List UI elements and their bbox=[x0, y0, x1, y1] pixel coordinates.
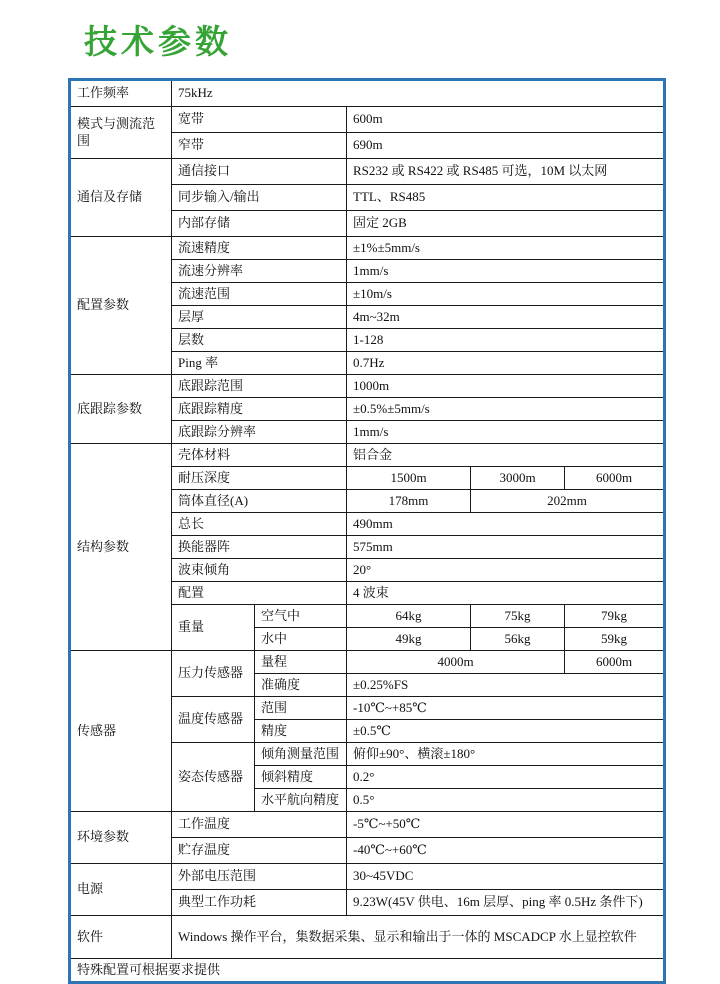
group-label-structure: 结构参数 bbox=[70, 444, 172, 651]
row-comm-interface: 通信及存储 通信接口 RS232 或 RS422 或 RS485 可选，10M … bbox=[70, 159, 665, 185]
value-ping-rate: 0.7Hz bbox=[347, 352, 665, 375]
row-software: 软件 Windows 操作平台，集数据采集、显示和输出于一体的 MSCADCP … bbox=[70, 916, 665, 959]
value-total-length: 490mm bbox=[347, 513, 665, 536]
param-label-beam-angle: 波束倾角 bbox=[172, 559, 347, 582]
param-label-velocity-resolution: 流速分辨率 bbox=[172, 260, 347, 283]
param-label-narrowband: 窄带 bbox=[172, 133, 347, 159]
value-depth-6000: 6000m bbox=[565, 467, 665, 490]
value-cell-count: 1-128 bbox=[347, 329, 665, 352]
value-temp-accuracy: ±0.5℃ bbox=[347, 720, 665, 743]
value-cell-size: 4m~32m bbox=[347, 306, 665, 329]
subparam-label-tilt-accuracy: 倾斜精度 bbox=[255, 766, 347, 789]
param-label-cell-size: 层厚 bbox=[172, 306, 347, 329]
subparam-label-heading-accuracy: 水平航向精度 bbox=[255, 789, 347, 812]
group-label-config-params: 配置参数 bbox=[70, 237, 172, 375]
value-work-freq: 75kHz bbox=[172, 80, 665, 107]
specs-table: 工作频率 75kHz 模式与测流范围 宽带 600m 窄带 690m 通信及存储… bbox=[68, 78, 666, 984]
param-label-operating-temp: 工作温度 bbox=[172, 812, 347, 838]
value-weight-air-1: 64kg bbox=[347, 605, 471, 628]
param-label-power-consumption: 典型工作功耗 bbox=[172, 890, 347, 916]
page-title: 技术参数 bbox=[84, 16, 232, 63]
value-comm-interface: RS232 或 RS422 或 RS485 可选，10M 以太网 bbox=[347, 159, 665, 185]
special-note: 特殊配置可根据要求提供 bbox=[70, 959, 665, 983]
value-beam-angle: 20° bbox=[347, 559, 665, 582]
row-special-note: 特殊配置可根据要求提供 bbox=[70, 959, 665, 983]
value-internal-storage: 固定 2GB bbox=[347, 211, 665, 237]
row-velocity-accuracy: 配置参数 流速精度 ±1%±5mm/s bbox=[70, 237, 665, 260]
value-bt-accuracy: ±0.5%±5mm/s bbox=[347, 398, 665, 421]
value-diameter-178: 178mm bbox=[347, 490, 471, 513]
param-label-transducer-array: 换能器阵 bbox=[172, 536, 347, 559]
subparam-label-in-air: 空气中 bbox=[255, 605, 347, 628]
group-label-bottom-track: 底跟踪参数 bbox=[70, 375, 172, 444]
value-pressure-range-4000: 4000m bbox=[347, 651, 565, 674]
value-weight-air-2: 75kg bbox=[471, 605, 565, 628]
param-label-weight: 重量 bbox=[172, 605, 255, 651]
value-storage-temp: -40℃~+60℃ bbox=[347, 838, 665, 864]
value-narrowband: 690m bbox=[347, 133, 665, 159]
group-label-software: 软件 bbox=[70, 916, 172, 959]
param-label-temp-sensor: 温度传感器 bbox=[172, 697, 255, 743]
group-label-mode-range: 模式与测流范围 bbox=[70, 107, 172, 159]
param-label-velocity-range: 流速范围 bbox=[172, 283, 347, 306]
value-bt-resolution: 1mm/s bbox=[347, 421, 665, 444]
value-weight-water-1: 49kg bbox=[347, 628, 471, 651]
value-bt-range: 1000m bbox=[347, 375, 665, 398]
group-label-power: 电源 bbox=[70, 864, 172, 916]
row-voltage-range: 电源 外部电压范围 30~45VDC bbox=[70, 864, 665, 890]
param-label-attitude-sensor: 姿态传感器 bbox=[172, 743, 255, 812]
group-label-sensors: 传感器 bbox=[70, 651, 172, 812]
value-pressure-range-6000: 6000m bbox=[565, 651, 665, 674]
value-weight-water-3: 59kg bbox=[565, 628, 665, 651]
param-label-cell-count: 层数 bbox=[172, 329, 347, 352]
subparam-label-tilt-range: 倾角测量范围 bbox=[255, 743, 347, 766]
value-voltage-range: 30~45VDC bbox=[347, 864, 665, 890]
subparam-label-temp-accuracy: 精度 bbox=[255, 720, 347, 743]
param-label-storage-temp: 贮存温度 bbox=[172, 838, 347, 864]
param-label-beam-config: 配置 bbox=[172, 582, 347, 605]
value-transducer-array: 575mm bbox=[347, 536, 665, 559]
param-label-bt-accuracy: 底跟踪精度 bbox=[172, 398, 347, 421]
param-label-total-length: 总长 bbox=[172, 513, 347, 536]
param-label-comm-interface: 通信接口 bbox=[172, 159, 347, 185]
param-label-pressure-depth: 耐压深度 bbox=[172, 467, 347, 490]
subparam-label-temp-range: 范围 bbox=[255, 697, 347, 720]
value-velocity-resolution: 1mm/s bbox=[347, 260, 665, 283]
value-temp-range: -10℃~+85℃ bbox=[347, 697, 665, 720]
row-housing-material: 结构参数 壳体材料 铝合金 bbox=[70, 444, 665, 467]
value-wideband: 600m bbox=[347, 107, 665, 133]
value-velocity-accuracy: ±1%±5mm/s bbox=[347, 237, 665, 260]
param-label-sync-io: 同步输入/输出 bbox=[172, 185, 347, 211]
value-depth-3000: 3000m bbox=[471, 467, 565, 490]
row-operating-temp: 环境参数 工作温度 -5℃~+50℃ bbox=[70, 812, 665, 838]
value-weight-water-2: 56kg bbox=[471, 628, 565, 651]
param-label-internal-storage: 内部存储 bbox=[172, 211, 347, 237]
subparam-label-accuracy: 准确度 bbox=[255, 674, 347, 697]
value-beam-config: 4 波束 bbox=[347, 582, 665, 605]
param-label-voltage-range: 外部电压范围 bbox=[172, 864, 347, 890]
param-label-pressure-sensor: 压力传感器 bbox=[172, 651, 255, 697]
row-pressure-sensor-range: 传感器 压力传感器 量程 4000m 6000m bbox=[70, 651, 665, 674]
value-tilt-range: 俯仰±90°、横滚±180° bbox=[347, 743, 665, 766]
value-sync-io: TTL、RS485 bbox=[347, 185, 665, 211]
param-label-body-diameter: 筒体直径(A) bbox=[172, 490, 347, 513]
group-label-environment: 环境参数 bbox=[70, 812, 172, 864]
param-label-housing-material: 壳体材料 bbox=[172, 444, 347, 467]
value-depth-1500: 1500m bbox=[347, 467, 471, 490]
row-mode-wideband: 模式与测流范围 宽带 600m bbox=[70, 107, 665, 133]
param-label-wideband: 宽带 bbox=[172, 107, 347, 133]
value-power-consumption: 9.23W(45V 供电、16m 层厚、ping 率 0.5Hz 条件下) bbox=[347, 890, 665, 916]
value-pressure-accuracy: ±0.25%FS bbox=[347, 674, 665, 697]
value-tilt-accuracy: 0.2° bbox=[347, 766, 665, 789]
value-diameter-202: 202mm bbox=[471, 490, 665, 513]
param-label-ping-rate: Ping 率 bbox=[172, 352, 347, 375]
row-bt-range: 底跟踪参数 底跟踪范围 1000m bbox=[70, 375, 665, 398]
value-velocity-range: ±10m/s bbox=[347, 283, 665, 306]
row-work-freq: 工作频率 75kHz bbox=[70, 80, 665, 107]
param-label-bt-range: 底跟踪范围 bbox=[172, 375, 347, 398]
subparam-label-in-water: 水中 bbox=[255, 628, 347, 651]
subparam-label-range: 量程 bbox=[255, 651, 347, 674]
value-software: Windows 操作平台，集数据采集、显示和输出于一体的 MSCADCP 水上显… bbox=[172, 916, 665, 959]
param-label-velocity-accuracy: 流速精度 bbox=[172, 237, 347, 260]
value-housing-material: 铝合金 bbox=[347, 444, 665, 467]
group-label-comm-storage: 通信及存储 bbox=[70, 159, 172, 237]
group-label-work-freq: 工作频率 bbox=[70, 80, 172, 107]
value-weight-air-3: 79kg bbox=[565, 605, 665, 628]
param-label-bt-resolution: 底跟踪分辨率 bbox=[172, 421, 347, 444]
value-heading-accuracy: 0.5° bbox=[347, 789, 665, 812]
value-operating-temp: -5℃~+50℃ bbox=[347, 812, 665, 838]
